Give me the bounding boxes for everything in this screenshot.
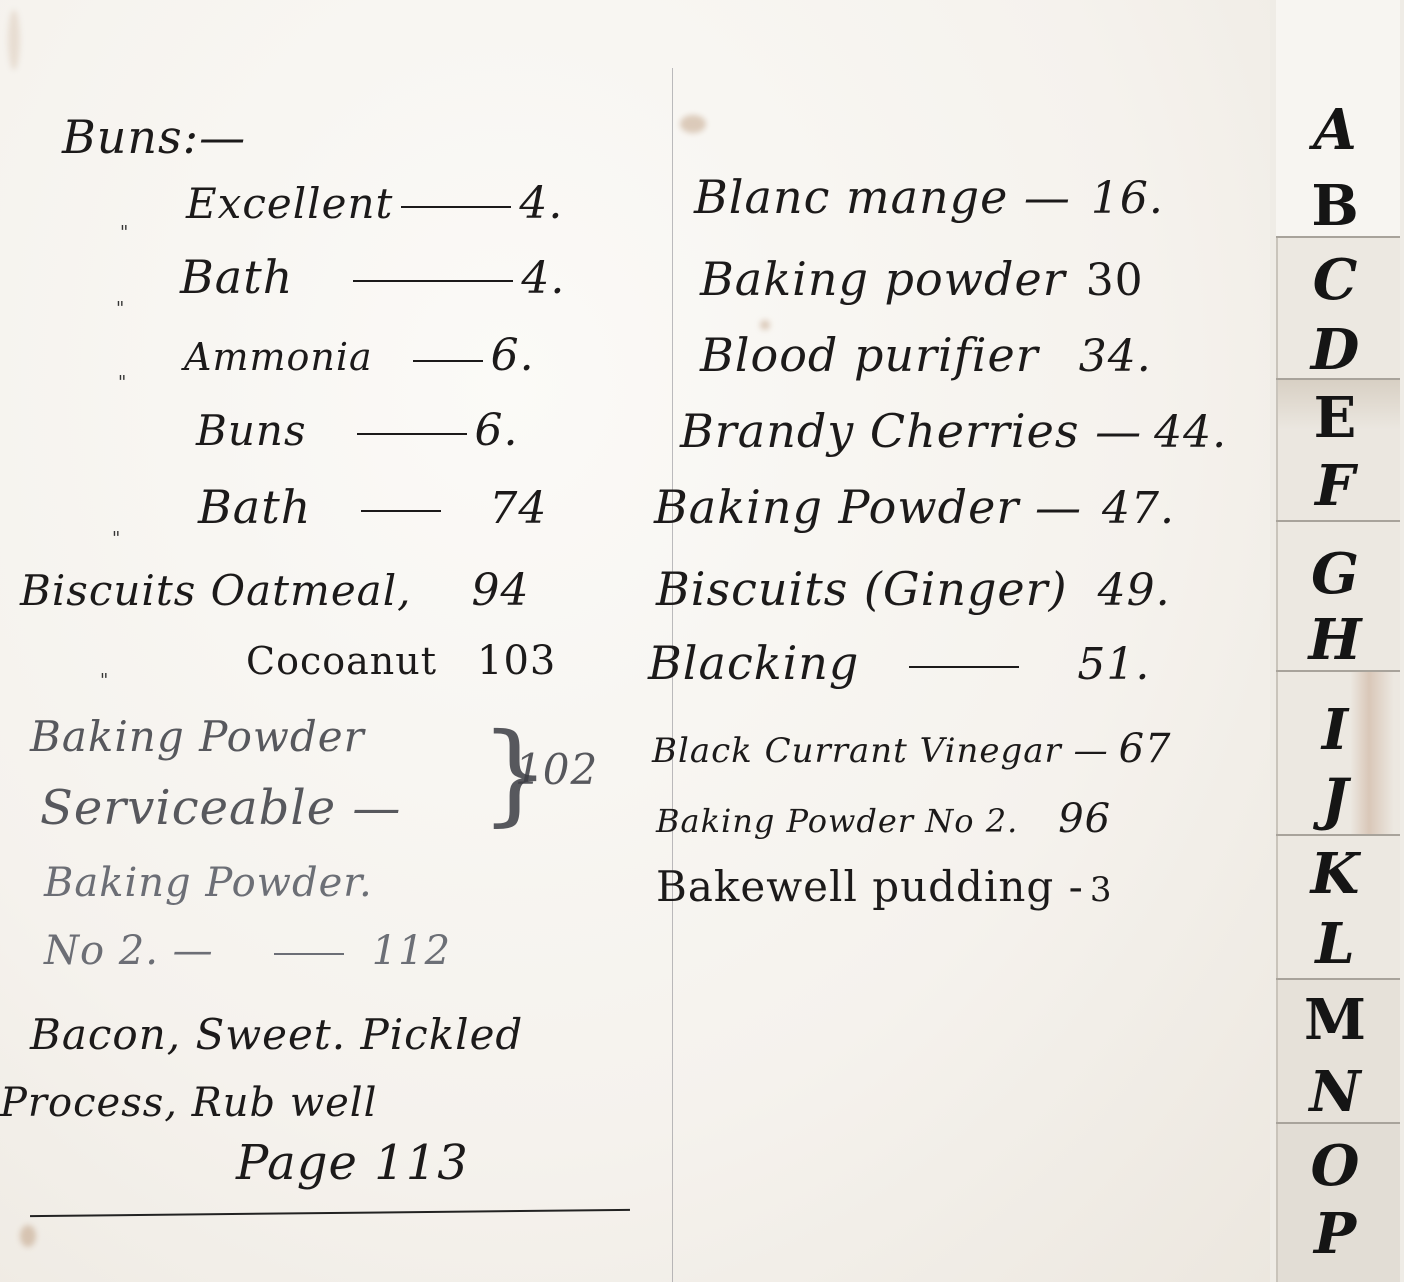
entry-baking-powder-47: Baking Powder —47.	[654, 480, 1175, 534]
tab-letter-d: D	[1300, 318, 1370, 382]
entry-baking-powder-no2-line1: Baking Powder.	[44, 860, 373, 906]
entry-buns-bath: Bath4.	[180, 250, 565, 304]
entry-label: Excellent	[186, 179, 393, 228]
ditto-mark: "	[112, 528, 120, 549]
entry-page: 47.	[1102, 483, 1175, 534]
entry-blacking: Blacking51.	[648, 636, 1150, 690]
tab-letter-p: P	[1300, 1202, 1370, 1266]
entry-black-currant-vinegar: Black Currant Vinegar —67	[652, 726, 1172, 772]
entry-label: Black Currant Vinegar —	[652, 731, 1109, 771]
entry-page: 51.	[1077, 639, 1150, 690]
entry-label: Blanc mange —	[694, 170, 1071, 224]
entry-buns-bath-2: Bath74	[198, 480, 547, 534]
tab-letter-a: A	[1300, 98, 1370, 162]
tab-letter-c: C	[1300, 248, 1370, 312]
tab-letter-m: M	[1300, 988, 1370, 1052]
index-tab-e-f[interactable]: E F	[1276, 378, 1400, 522]
index-tab-g-h[interactable]: G H	[1276, 520, 1400, 672]
leader-dash	[274, 953, 344, 955]
entry-page: 112	[372, 928, 451, 974]
tab-letter-g: G	[1300, 542, 1370, 606]
entry-biscuits-cocoanut: Cocoanut103	[246, 638, 556, 684]
ditto-mark: "	[116, 298, 124, 319]
leader-dash	[413, 360, 483, 362]
entry-label: Baking powder	[700, 252, 1066, 306]
entry-bacon-line1: Bacon, Sweet. Pickled	[30, 1010, 523, 1059]
entry-page: 67	[1119, 726, 1172, 772]
entry-label: Biscuits (Ginger)	[656, 562, 1068, 616]
entry-page: 4.	[519, 178, 563, 229]
index-tab-k-l[interactable]: K L	[1276, 834, 1400, 980]
index-tab-a-b[interactable]: A B	[1276, 0, 1400, 236]
entry-label: Baking Powder —	[654, 480, 1082, 534]
entry-blood-purifier: Blood purifier34.	[700, 328, 1152, 382]
entry-biscuits-ginger: Biscuits (Ginger)49.	[656, 562, 1171, 616]
tab-letter-n: N	[1300, 1060, 1370, 1124]
leader-dash	[357, 433, 467, 435]
entry-baking-powder-serviceable-line1: Baking Powder	[30, 712, 365, 761]
tab-letter-h: H	[1300, 608, 1370, 672]
entry-page: 6.	[475, 405, 519, 456]
entry-label: Blood purifier	[700, 328, 1039, 382]
tab-letter-o: O	[1300, 1134, 1370, 1198]
index-tab-c-d[interactable]: C D	[1276, 236, 1400, 380]
entry-page: 96	[1058, 796, 1111, 842]
entry-page: 44.	[1154, 407, 1227, 458]
entry-biscuits-oatmeal: Biscuits Oatmeal,94	[20, 565, 530, 616]
tab-letter-b: B	[1300, 174, 1370, 238]
leader-dash	[353, 280, 513, 282]
entry-page: 34.	[1079, 331, 1152, 382]
entry-label: Buns	[196, 406, 307, 455]
entry-bakewell-pudding: Bakewell pudding -3	[656, 862, 1113, 911]
entry-buns-excellent: Excellent4.	[186, 178, 563, 229]
tab-letter-j: J	[1300, 768, 1370, 832]
heading-buns: Buns:—	[62, 110, 246, 164]
entry-brandy-cherries: Brandy Cherries —44.	[680, 404, 1227, 458]
ditto-mark: "	[118, 372, 126, 393]
entry-label: Bakewell pudding -	[656, 862, 1084, 911]
tab-letter-k: K	[1300, 842, 1370, 906]
leader-dash	[909, 666, 1019, 668]
entry-bacon-line2: Process, Rub well	[0, 1080, 377, 1126]
entry-page: 49.	[1098, 565, 1171, 616]
tab-letter-l: L	[1300, 912, 1370, 976]
entry-blanc-mange: Blanc mange —16.	[694, 170, 1164, 224]
entry-label: Biscuits Oatmeal,	[20, 566, 412, 615]
entry-page: 3	[1090, 870, 1113, 910]
entry-buns-ammonia: Ammonia6.	[184, 330, 535, 381]
entry-page: 4.	[521, 253, 565, 304]
paper-stain	[8, 10, 20, 70]
entry-label: Bath	[180, 250, 293, 304]
entry-label: Bath	[198, 480, 311, 534]
tab-letter-i: I	[1300, 698, 1370, 762]
tab-letter-f: F	[1300, 454, 1370, 518]
entry-page: 94	[472, 565, 530, 616]
entry-baking-powder-no2-96: Baking Powder No 2.96	[656, 796, 1111, 842]
leader-dash	[401, 206, 511, 208]
entry-baking-powder-serviceable-line2: Serviceable —	[40, 780, 401, 836]
ditto-mark: "	[120, 222, 128, 243]
closing-rule	[30, 1209, 630, 1217]
entry-baking-powder-30: Baking powder30	[700, 252, 1144, 306]
index-tab-o-p[interactable]: O P	[1276, 1122, 1400, 1282]
entry-baking-powder-no2-line2: No 2. —112	[44, 928, 451, 974]
entry-label: Cocoanut	[246, 639, 437, 683]
paper-stain	[680, 115, 706, 133]
leader-dash	[361, 510, 441, 512]
entry-label: Brandy Cherries —	[680, 404, 1142, 458]
entry-page: 30	[1086, 255, 1144, 306]
ditto-mark: "	[100, 670, 108, 691]
index-tab-i-j[interactable]: I J	[1276, 670, 1400, 836]
entry-label: Baking Powder No 2.	[656, 802, 1018, 840]
entry-label: Ammonia	[184, 335, 373, 379]
index-tab-m-n[interactable]: M N	[1276, 978, 1400, 1124]
entry-bacon-line3: Page 113	[236, 1135, 469, 1191]
entry-page: 16.	[1091, 173, 1164, 224]
entry-page: 74	[489, 483, 547, 534]
entry-label: No 2. —	[44, 928, 214, 974]
entry-buns-buns: Buns6.	[196, 405, 519, 456]
tab-letter-e: E	[1300, 386, 1370, 450]
entry-page: 103	[477, 638, 556, 684]
entry-page: 6.	[491, 330, 535, 381]
entry-label: Blacking	[648, 636, 859, 690]
entry-page: 102	[515, 745, 598, 794]
alphabet-index-tabs: A B C D E F G H I J K L M N O P	[1270, 0, 1404, 1282]
paper-stain	[20, 1225, 36, 1247]
index-page: Buns:— " Excellent4. " Bath4. " Ammonia6…	[0, 0, 1270, 1282]
